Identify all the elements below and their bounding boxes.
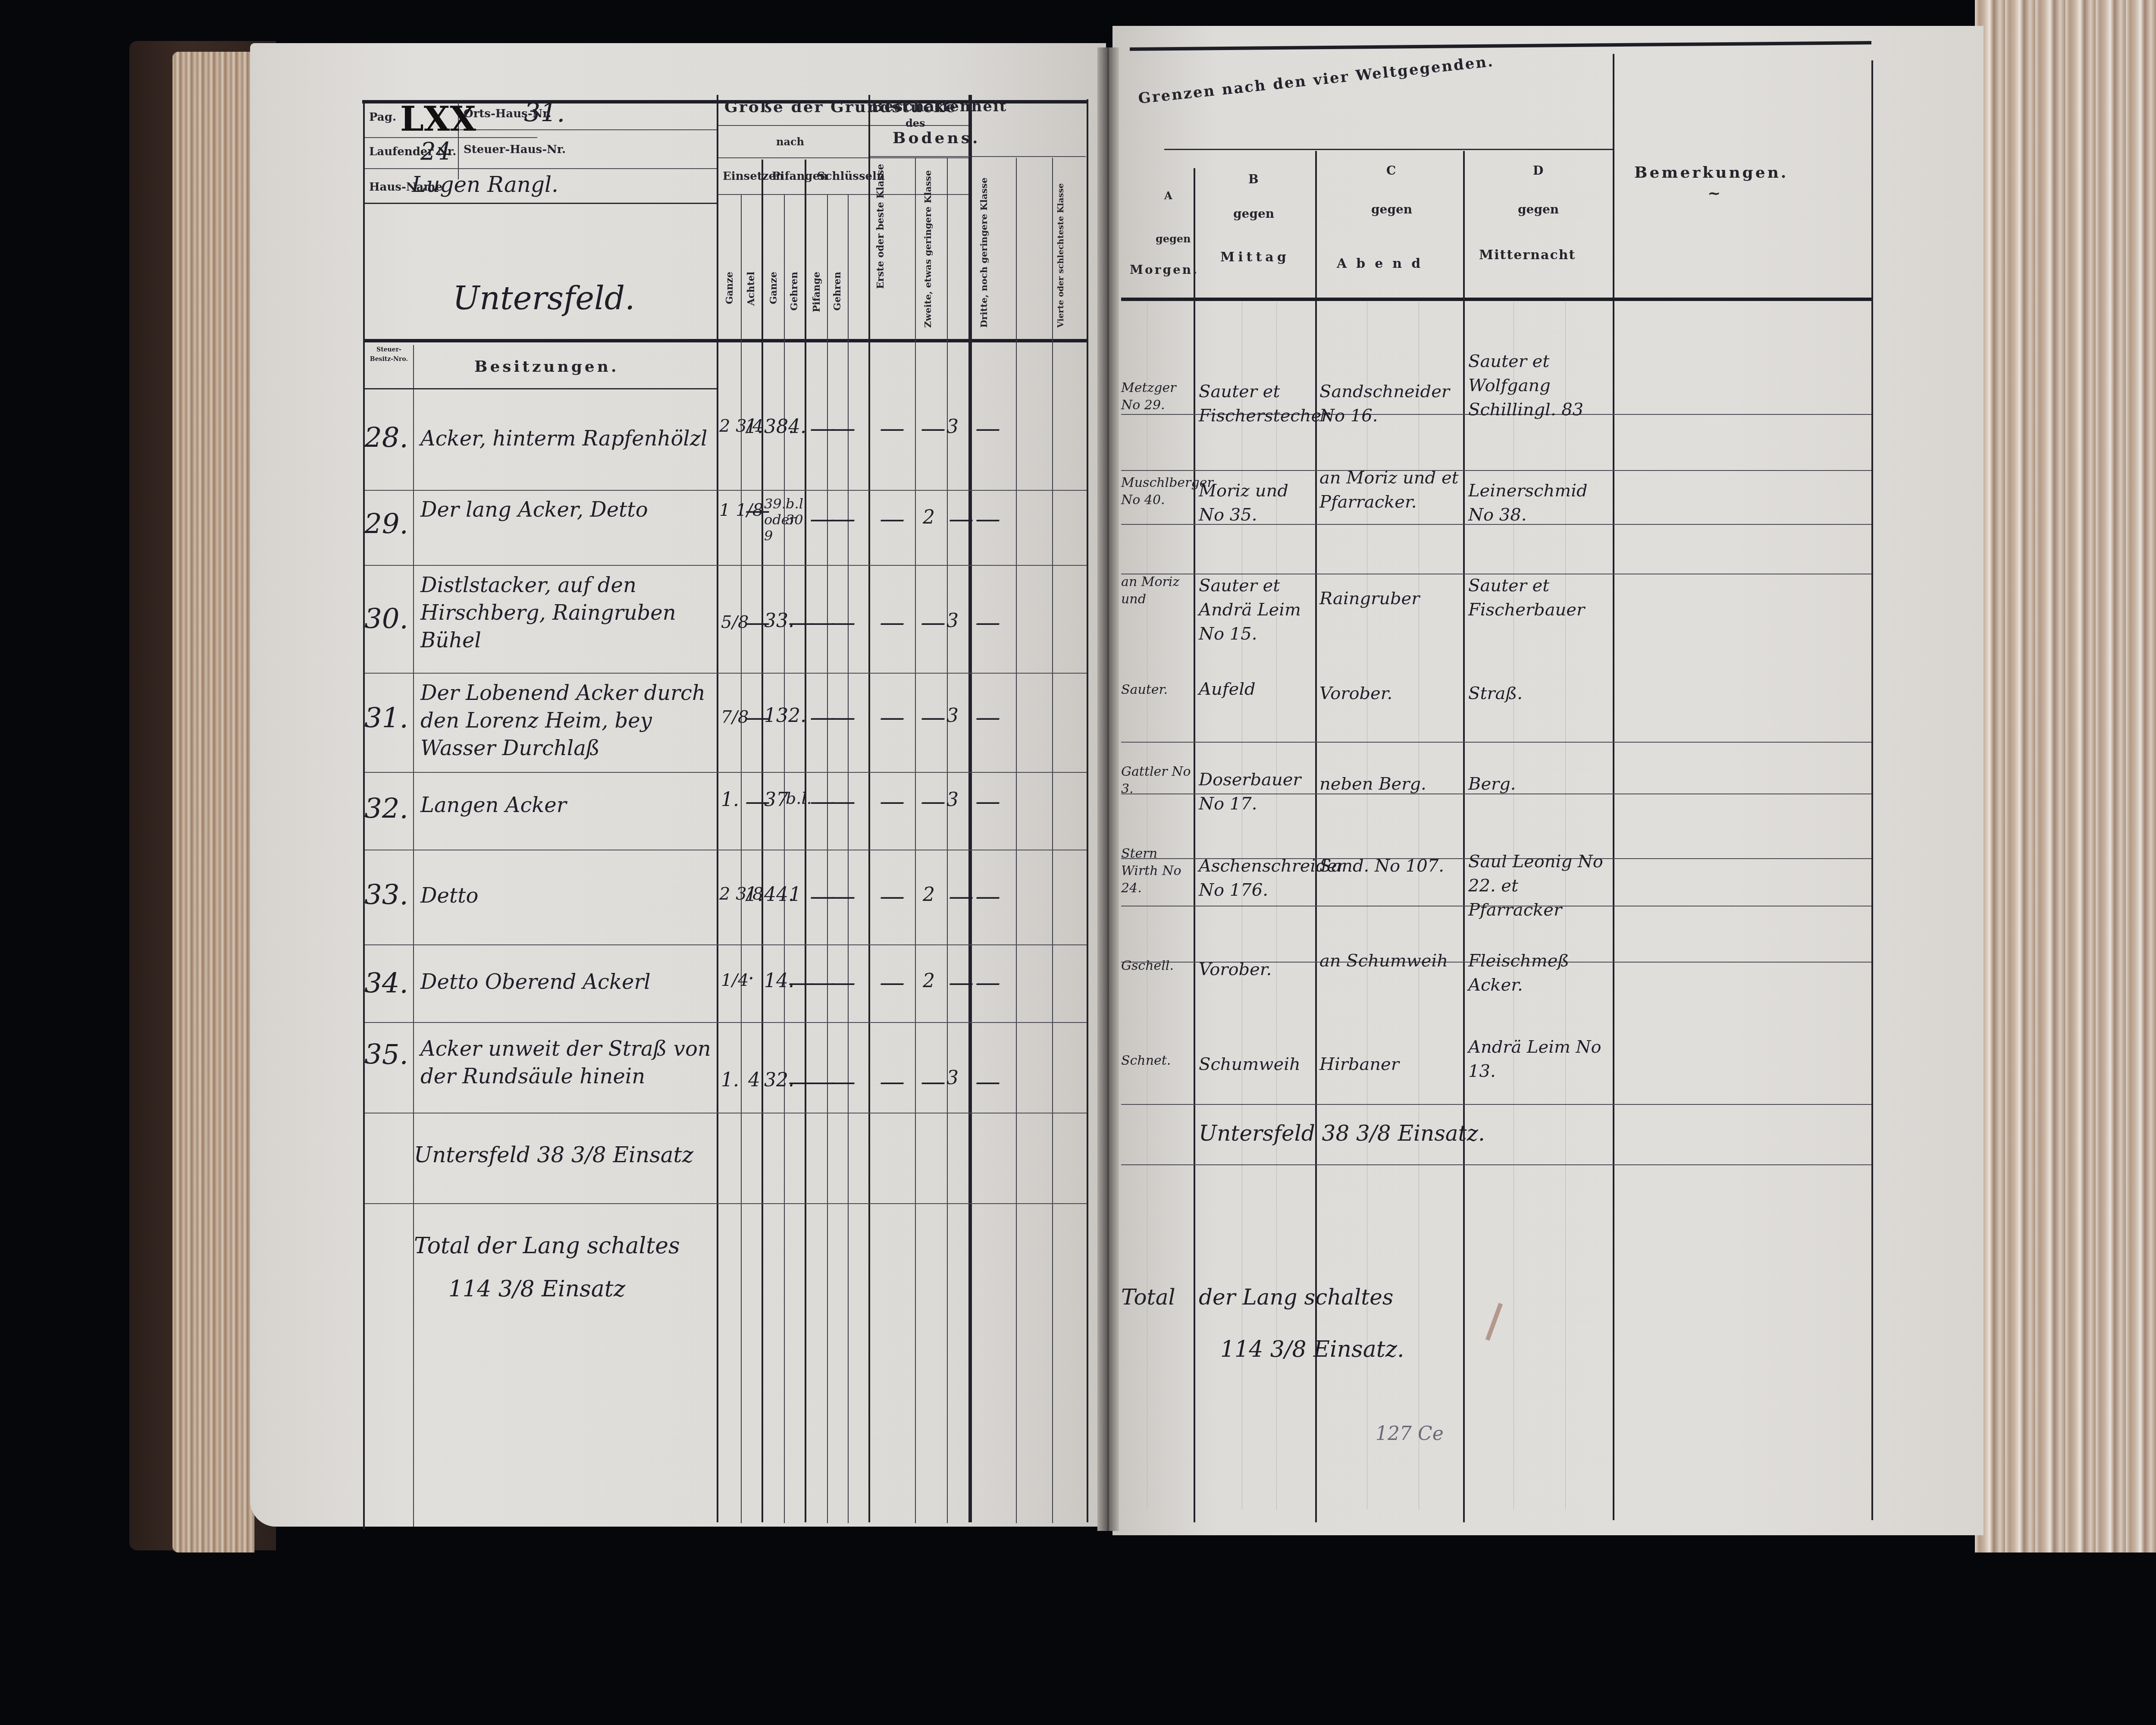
bound-b: Moriz und No 35.: [1199, 479, 1313, 527]
bound-d: Leinerschmid No 38.: [1468, 479, 1611, 527]
bound-a: Stern Wirth No 24.: [1121, 845, 1192, 897]
bound-b: Doserbauer No 17.: [1199, 768, 1313, 816]
bound-d: Berg.: [1468, 772, 1611, 796]
dir-c-letter: C: [1386, 164, 1396, 178]
bound-d: Sauter et Fischerbauer: [1468, 574, 1611, 622]
dir-b-name: Mittag: [1220, 250, 1290, 265]
bound-a: Gschell.: [1121, 957, 1192, 975]
dir-c-gegen: gegen: [1371, 203, 1412, 216]
dir-c-name: Abend: [1337, 257, 1430, 272]
dir-a-name: Morgen.: [1130, 263, 1199, 277]
bound-d: Sauter et Wolfgang Schillingl. 83: [1468, 349, 1611, 422]
right-total-prefix: Total: [1121, 1285, 1175, 1310]
bound-d: Straß.: [1468, 681, 1611, 706]
bound-b: Sauter et Fischerstecher: [1199, 379, 1313, 428]
dir-a-gegen: gegen: [1156, 233, 1191, 245]
bound-c: Sandschneider No 16.: [1319, 379, 1462, 428]
bound-c: an Moriz und et Pfarracker.: [1319, 466, 1462, 514]
bound-d: Saul Leonig No 22. et Pfarracker: [1468, 850, 1611, 922]
bound-a: an Moriz und: [1121, 574, 1192, 608]
bound-a: Gattler No 3.: [1121, 763, 1192, 798]
bound-b: Vorober.: [1199, 957, 1313, 982]
bound-c: neben Berg.: [1319, 772, 1462, 796]
bound-c: Sand. No 107.: [1319, 854, 1462, 878]
dir-b-letter: B: [1248, 172, 1259, 186]
dir-b-gegen: gegen: [1233, 207, 1274, 221]
bound-b: Schumweih: [1199, 1052, 1313, 1076]
bound-d: Andrä Leim No 13.: [1468, 1035, 1611, 1083]
bound-a: Sauter.: [1121, 681, 1192, 699]
right-total-line1: der Lang schaltes: [1199, 1285, 1394, 1310]
bound-a: Metzger No 29.: [1121, 379, 1192, 414]
dir-d-gegen: gegen: [1518, 203, 1559, 216]
grenzen-title: Grenzen nach den vier Weltgegenden.: [1138, 53, 1495, 107]
bound-c: Vorober.: [1319, 681, 1462, 706]
bound-a: Muschlberger No 40.: [1121, 474, 1192, 509]
bound-a: Schnet.: [1121, 1052, 1192, 1069]
dir-d-name: Mitternacht: [1479, 248, 1576, 263]
bemerkungen-title: Bemerkungen.: [1634, 164, 1788, 182]
dir-d-letter: D: [1533, 164, 1543, 178]
right-table: Grenzen nach den vier Weltgegenden. Beme…: [0, 0, 2156, 1725]
bound-b: Aschenschreider No 176.: [1199, 854, 1313, 902]
bound-c: Raingruber: [1319, 586, 1462, 611]
pencil-note: 127 Ce: [1376, 1423, 1444, 1445]
right-total-line2: 114 3/8 Einsatz.: [1220, 1337, 1404, 1363]
bound-c: an Schumweih: [1319, 949, 1462, 973]
bound-b: Sauter et Andrä Leim No 15.: [1199, 574, 1313, 646]
dir-a-letter: A: [1164, 190, 1172, 202]
right-subtotal: Untersfeld 38 3/8 Einsatz.: [1199, 1121, 1485, 1146]
bound-c: Hirbaner: [1319, 1052, 1462, 1076]
bound-d: Fleischmeß Acker.: [1468, 949, 1611, 997]
bemerkungen-mark: ~: [1708, 185, 1720, 202]
bound-b: Aufeld: [1199, 677, 1313, 701]
